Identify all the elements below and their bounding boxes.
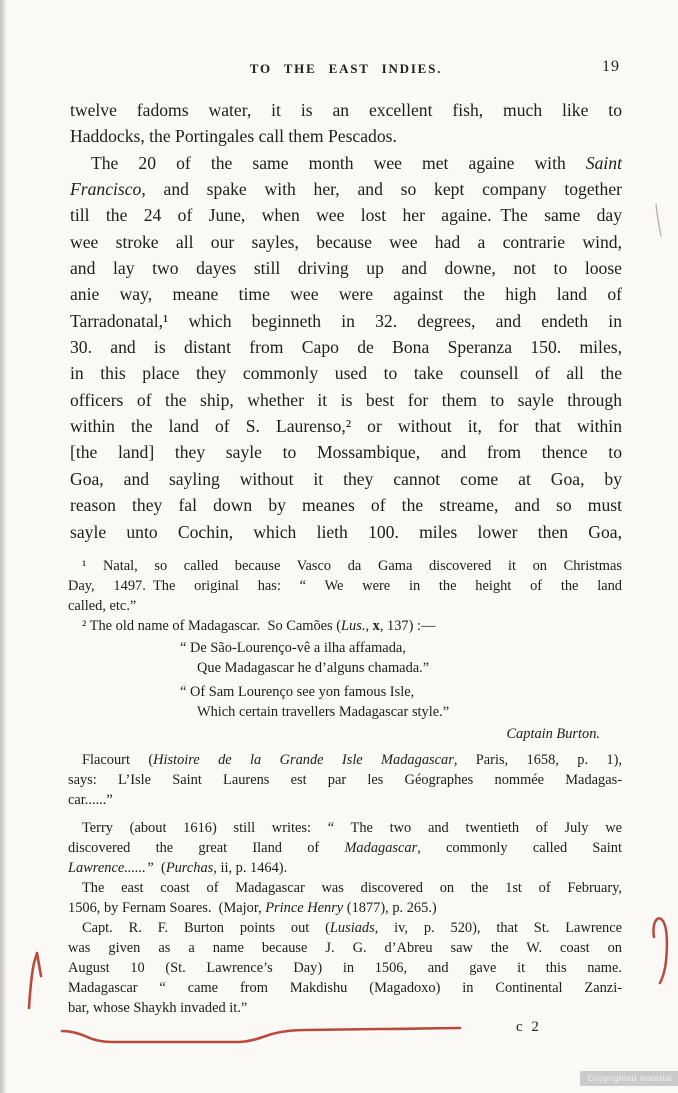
footnote-line: “ De São-Lourenço-vê a ilha affamada, — [68, 638, 622, 658]
text-segment: 30. and is distant from Capo de Bona Spe… — [70, 337, 622, 357]
body-text-line: wee stroke all our sayles, because wee h… — [70, 229, 622, 255]
text-segment: Flacourt ( — [82, 752, 153, 768]
text-segment: and lay two dayes still driving up and d… — [70, 258, 622, 278]
text-segment: sayle unto Cochin, which lieth 100. mile… — [70, 522, 622, 542]
text-segment: , ii, p. 1464). — [213, 860, 287, 876]
text-segment: August 10 (St. Lawrence’s Day) in 1506, … — [68, 960, 622, 976]
body-text-line: Tarradonatal,¹ which beginneth in 32. de… — [70, 308, 622, 334]
text-segment: ¹ Natal, so called because Vasco da Gama… — [82, 558, 622, 574]
body-text-line: The 20 of the same month wee met againe … — [70, 150, 622, 176]
footnote-line: Capt. R. F. Burton points out (Lusiads, … — [68, 918, 622, 938]
footnote-line: Flacourt (Histoire de la Grande Isle Mad… — [68, 750, 622, 770]
text-segment: x — [373, 618, 380, 634]
footnote-line: bar, whose Shaykh invaded it.” — [68, 998, 622, 1018]
footnote-line: Lawrence......” (Purchas, ii, p. 1464). — [68, 858, 622, 878]
text-segment: car......” — [68, 792, 113, 808]
text-segment: anie way, meane time wee were against th… — [70, 284, 622, 304]
text-segment: Prince Henry — [265, 900, 343, 916]
footnote-line: ¹ Natal, so called because Vasco da Gama… — [68, 556, 622, 576]
running-head-title: TO THE EAST INDIES. — [70, 61, 622, 77]
body-text-line: Goa, and sayling without it they cannot … — [70, 466, 622, 492]
text-segment: Captain Burton. — [506, 726, 600, 742]
footnote-line: Which certain travellers Madagascar styl… — [68, 702, 622, 722]
text-segment: was given as a name because J. G. d’Abre… — [68, 940, 622, 956]
text-segment: The east coast of Madagascar was discove… — [82, 880, 622, 896]
footnote-line: says: L’Isle Saint Laurens est par les G… — [68, 770, 622, 790]
body-text-line: sayle unto Cochin, which lieth 100. mile… — [70, 519, 622, 545]
text-segment: Que Madagascar he d’alguns chamada.” — [197, 660, 429, 676]
text-segment: Saint — [586, 153, 622, 173]
footnote-line: was given as a name because J. G. d’Abre… — [68, 938, 622, 958]
text-segment: bar, whose Shaykh invaded it.” — [68, 1000, 247, 1016]
footnote-line: The east coast of Madagascar was discove… — [68, 878, 622, 898]
text-segment: discovered the great Iland of — [68, 840, 344, 856]
text-segment: Day, 1497. The original has: “ We were i… — [68, 578, 622, 594]
text-segment: ( — [154, 860, 166, 876]
text-segment: Francisco — [70, 179, 141, 199]
page-number: 19 — [602, 58, 620, 76]
footnote-line: Terry (about 1616) still writes: “ The t… — [68, 818, 622, 838]
text-segment: wee stroke all our sayles, because wee h… — [70, 232, 622, 252]
text-segment: Which certain travellers Madagascar styl… — [197, 704, 449, 720]
body-text-line: [the land] they sayle to Mossambique, an… — [70, 439, 622, 465]
footnote-line: 1506, by Fernam Soares. (Major, Prince H… — [68, 898, 622, 918]
pen-mark — [656, 204, 661, 236]
body-text-line: reason they fal down by meanes of the st… — [70, 492, 622, 518]
text-segment: 1506, by Fernam Soares. (Major, — [68, 900, 265, 916]
text-segment: officers of the ship, whether it is best… — [70, 390, 622, 410]
text-segment: The 20 of the same month wee met againe … — [91, 153, 586, 173]
body-text-line: 30. and is distant from Capo de Bona Spe… — [70, 334, 622, 360]
body-text-line: in this place they commonly used to take… — [70, 360, 622, 386]
text-segment: Lus. — [341, 618, 365, 634]
text-segment: Histoire de la Grande Isle Madagascar — [153, 752, 454, 768]
text-segment: twelve fadoms water, it is an excellent … — [70, 100, 622, 120]
scan-edge-shadow — [0, 0, 7, 1093]
text-segment: Haddocks, the Portingales call them Pesc… — [70, 126, 397, 146]
text-segment: , iv, p. 520), that St. Lawrence — [375, 920, 622, 936]
footnote-line: car......” — [68, 790, 622, 810]
text-segment: “ De São-Lourenço-vê a ilha affamada, — [180, 640, 406, 656]
text-segment: Capt. R. F. Burton points out ( — [82, 920, 330, 936]
red-underline — [62, 1028, 460, 1042]
text-segment: Goa, and sayling without it they cannot … — [70, 469, 622, 489]
text-segment: Madagascar — [344, 840, 417, 856]
body-text-line: Francisco, and spake with her, and so ke… — [70, 176, 622, 202]
footnote-line: Madagascar “ came from Makdishu (Magadox… — [68, 978, 622, 998]
footnote-line: August 10 (St. Lawrence’s Day) in 1506, … — [68, 958, 622, 978]
footnote-line: discovered the great Iland of Madagascar… — [68, 838, 622, 858]
body-text-line: anie way, meane time wee were against th… — [70, 281, 622, 307]
text-segment: ² The old name of Madagascar. So Camões … — [82, 618, 341, 634]
body-text-line: and lay two dayes still driving up and d… — [70, 255, 622, 281]
text-segment: Lusiads — [330, 920, 375, 936]
text-segment: Terry (about 1616) still writes: “ The t… — [82, 820, 622, 836]
right-margin-mark — [653, 918, 666, 983]
text-segment: , Paris, 1658, p. 1), — [454, 752, 622, 768]
text-segment: Purchas — [166, 860, 213, 876]
footnote-line: Que Madagascar he d’alguns chamada.” — [68, 658, 622, 678]
footnote-line: “ Of Sam Lourenço see yon famous Isle, — [68, 682, 622, 702]
signature-mark: c 2 — [516, 1019, 539, 1036]
running-header: TO THE EAST INDIES. 19 — [70, 61, 622, 77]
text-segment: says: L’Isle Saint Laurens est par les G… — [68, 772, 622, 788]
text-segment: Madagascar “ came from Makdishu (Magadox… — [68, 980, 622, 996]
text-segment: [the land] they sayle to Mossambique, an… — [70, 442, 622, 462]
body-text-line: till the 24 of June, when wee lost her a… — [70, 202, 622, 228]
footnote-line: called, etc.” — [68, 596, 622, 616]
left-margin-mark — [29, 953, 41, 1008]
body-text-line: officers of the ship, whether it is best… — [70, 387, 622, 413]
text-segment: Lawrence......” — [68, 860, 154, 876]
book-page-scan: TO THE EAST INDIES. 19 twelve fadoms wat… — [0, 0, 678, 1093]
footnote-line: Day, 1497. The original has: “ We were i… — [68, 576, 622, 596]
text-segment: Tarradonatal,¹ which beginneth in 32. de… — [70, 311, 622, 331]
body-text-line: twelve fadoms water, it is an excellent … — [70, 97, 622, 123]
text-segment: in this place they commonly used to take… — [70, 363, 622, 383]
footnotes: ¹ Natal, so called because Vasco da Gama… — [68, 556, 622, 1018]
text-segment: till the 24 of June, when wee lost her a… — [70, 205, 622, 225]
text-segment: , and spake with her, and so kept compan… — [141, 179, 622, 199]
text-segment: , 137) :— — [380, 618, 436, 634]
footnote-line: ² The old name of Madagascar. So Camões … — [68, 616, 622, 636]
body-text: twelve fadoms water, it is an excellent … — [70, 97, 622, 545]
text-segment: , commonly called Saint — [417, 840, 622, 856]
text-segment: called, etc.” — [68, 598, 136, 614]
copyright-watermark: Copyrighted material — [580, 1071, 678, 1086]
footnote-line: Captain Burton. — [68, 724, 622, 744]
text-segment: , — [365, 618, 372, 634]
text-segment: (1877), p. 265.) — [343, 900, 437, 916]
text-segment: within the land of S. Laurenso,² or with… — [70, 416, 622, 436]
body-text-line: within the land of S. Laurenso,² or with… — [70, 413, 622, 439]
body-text-line: Haddocks, the Portingales call them Pesc… — [70, 123, 622, 149]
text-segment: “ Of Sam Lourenço see yon famous Isle, — [180, 684, 414, 700]
text-segment: reason they fal down by meanes of the st… — [70, 495, 622, 515]
